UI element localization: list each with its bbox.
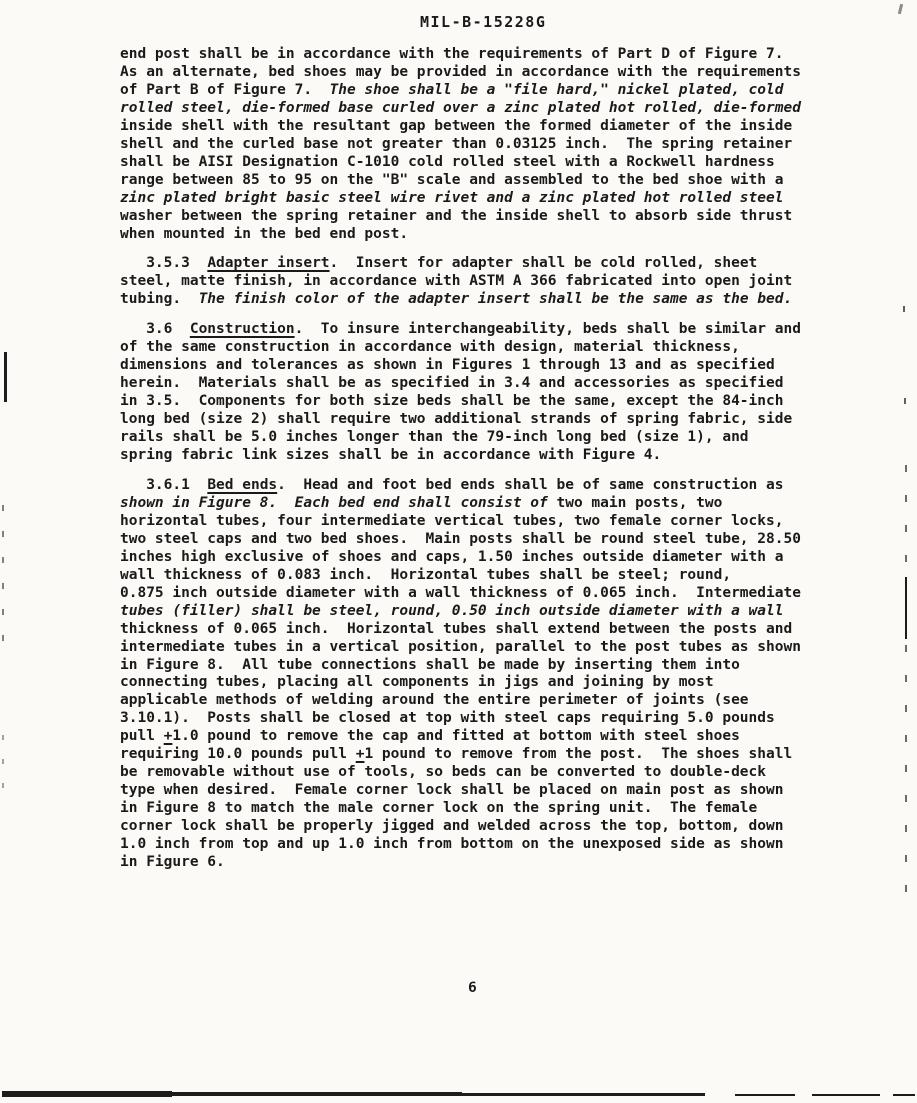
para-3-5-3-adapter-insert-segment: Adapter insert (207, 255, 329, 271)
para-3-5-3-adapter-insert: 3.5.3 Adapter insert. Insert for adapter… (120, 255, 826, 309)
para-3-6-1-bed-ends-segment: shown in Figure 8. Each bed end shall co… (120, 495, 548, 511)
para-3-6-1-bed-ends-segment: Bed ends (207, 477, 277, 493)
para-3-5-2-continuation: end post shall be in accordance with the… (120, 46, 826, 243)
para-3-6-construction-segment: Construction (190, 321, 295, 337)
scan-artifact-left-bar (4, 352, 7, 402)
scan-artifact-bottom-dash-3 (893, 1094, 915, 1096)
para-3-5-3-adapter-insert-segment: 3.5.3 (120, 255, 207, 271)
page-number: 6 (468, 980, 477, 996)
scan-artifact-right-change-bar-solid (905, 577, 907, 639)
scan-artifact-bottom-dash-1 (735, 1094, 795, 1096)
scan-artifact-right-dot-mid (904, 398, 906, 404)
para-3-6-1-bed-ends-segment: thickness of 0.065 inch. Horizontal tube… (120, 621, 801, 745)
scan-artifact-left-dashes-lower (2, 735, 4, 795)
para-3-6-construction-segment: 3.6 (120, 321, 190, 337)
para-3-5-2-continuation-segment: washer between the spring retainer and t… (120, 208, 792, 242)
scan-artifact-bottom-edge-thick (2, 1091, 172, 1097)
para-3-6-construction-segment: . To insure interchangeability, beds sha… (120, 321, 801, 463)
scan-artifact-bottom-dash-2 (812, 1094, 880, 1096)
para-3-6-construction: 3.6 Construction. To insure interchangea… (120, 321, 826, 465)
document-id-header: MIL-B-15228G (420, 13, 546, 31)
scan-artifact-top-right-mark (898, 4, 903, 14)
para-3-6-1-bed-ends-segment: tubes (filler) shall be steel, round, 0.… (120, 603, 783, 619)
para-3-5-3-adapter-insert-segment: The finish color of the adapter insert s… (199, 291, 793, 307)
scan-artifact-left-dashes (2, 505, 4, 655)
para-3-6-1-bed-ends-segment: 3.6.1 (120, 477, 207, 493)
para-3-5-2-continuation-segment: inside shell with the resultant gap betw… (120, 118, 792, 188)
para-3-6-1-bed-ends-segment: 1 pound to remove from the post. The sho… (120, 746, 792, 870)
document-body: end post shall be in accordance with the… (120, 46, 826, 872)
para-3-5-2-continuation-segment: zinc plated bright basic steel wire rive… (120, 190, 783, 206)
scan-artifact-right-dot-upper (903, 306, 905, 312)
para-3-6-1-bed-ends: 3.6.1 Bed ends. Head and foot bed ends s… (120, 477, 826, 872)
scan-artifact-bottom-edge-thin (462, 1093, 705, 1096)
para-3-6-1-bed-ends-segment: . Head and foot bed ends shall be of sam… (277, 477, 783, 493)
scan-artifact-right-change-bar-dashes (905, 465, 907, 905)
scan-artifact-bottom-edge-mid (172, 1092, 462, 1096)
